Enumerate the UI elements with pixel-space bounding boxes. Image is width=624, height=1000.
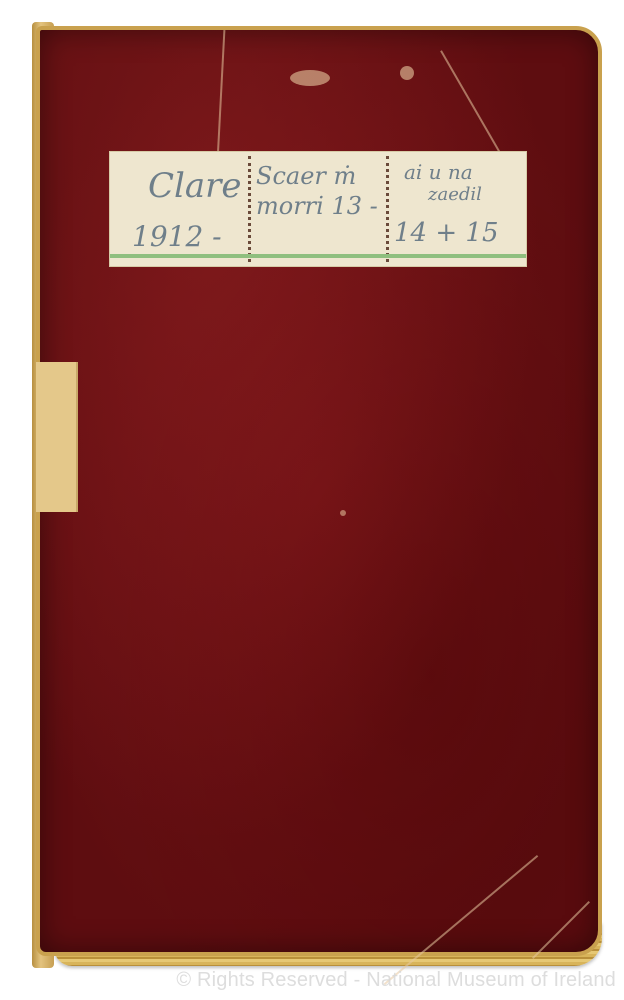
handwritten-label: Clare 1912 - Scaer ṁ morri 13 - ai u na … (110, 152, 526, 266)
label-text-clare: Clare (148, 166, 242, 206)
label-segment-3: ai u na zaedil 14 + 15 (388, 152, 526, 266)
label-segment-2: Scaer ṁ morri 13 - (250, 152, 386, 266)
spine-tape (36, 362, 78, 512)
cover-crack (532, 901, 590, 959)
label-segment-1: Clare 1912 - (110, 152, 248, 266)
copyright-watermark: © Rights Reserved - National Museum of I… (0, 969, 616, 992)
label-text-line2: morri 13 - (256, 192, 378, 220)
label-text-line3: 14 + 15 (394, 218, 498, 248)
worn-spot (400, 66, 414, 80)
worn-spot (290, 70, 330, 86)
label-text-line2: zaedil (428, 184, 482, 205)
cover-crack (217, 30, 226, 160)
worn-spot (340, 510, 346, 516)
label-stripe (110, 254, 526, 258)
label-text-line1: Scaer ṁ (256, 162, 356, 190)
label-text-year: 1912 - (132, 220, 222, 253)
label-text-line1: ai u na (404, 160, 473, 184)
